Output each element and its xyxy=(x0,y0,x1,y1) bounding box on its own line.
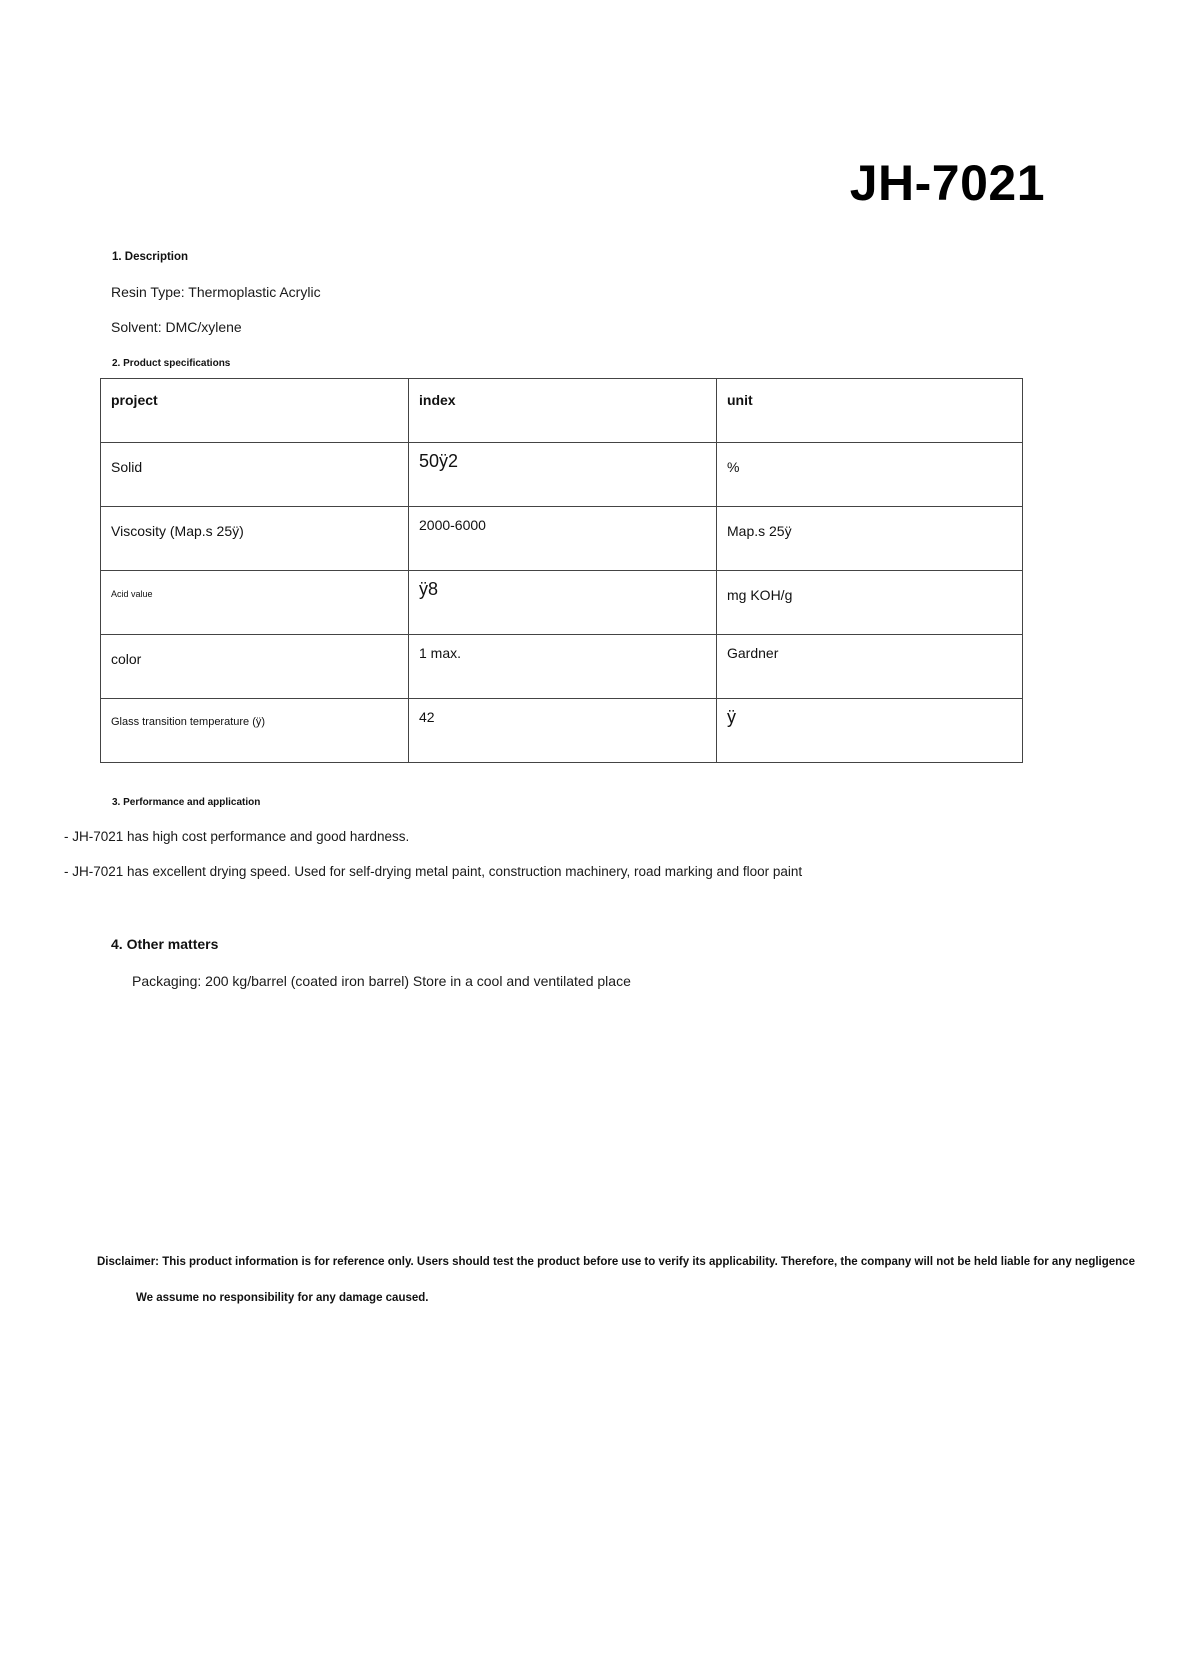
cell-unit: Map.s 25ÿ xyxy=(717,507,1023,571)
resin-type-text: Resin Type: Thermoplastic Acrylic xyxy=(111,284,321,300)
section-heading-specifications: 2. Product specifications xyxy=(112,358,230,369)
cell-project: color xyxy=(101,635,409,699)
performance-item: - JH-7021 has high cost performance and … xyxy=(64,829,409,844)
cell-index: 2000-6000 xyxy=(409,507,717,571)
cell-project: Acid value xyxy=(101,571,409,635)
cell-unit: ÿ xyxy=(717,699,1023,763)
packaging-text: Packaging: 200 kg/barrel (coated iron ba… xyxy=(132,973,631,989)
cell-index: 42 xyxy=(409,699,717,763)
document-title: JH-7021 xyxy=(850,158,1045,208)
table-row: Glass transition temperature (ÿ) 42 ÿ xyxy=(101,699,1023,763)
cell-index: 50ÿ2 xyxy=(409,443,717,507)
cell-index: 1 max. xyxy=(409,635,717,699)
column-header-unit: unit xyxy=(717,379,1023,443)
solvent-text: Solvent: DMC/xylene xyxy=(111,319,242,335)
cell-unit: mg KOH/g xyxy=(717,571,1023,635)
performance-item: - JH-7021 has excellent drying speed. Us… xyxy=(64,864,802,879)
table-row: Viscosity (Map.s 25ÿ) 2000-6000 Map.s 25… xyxy=(101,507,1023,571)
section-heading-other-matters: 4. Other matters xyxy=(111,936,218,952)
table-row: Solid 50ÿ2 % xyxy=(101,443,1023,507)
table-header-row: project index unit xyxy=(101,379,1023,443)
table-row: color 1 max. Gardner xyxy=(101,635,1023,699)
disclaimer-line-1: Disclaimer: This product information is … xyxy=(97,1256,1135,1268)
cell-project: Viscosity (Map.s 25ÿ) xyxy=(101,507,409,571)
cell-index: ÿ8 xyxy=(409,571,717,635)
section-heading-performance: 3. Performance and application xyxy=(112,797,260,808)
table-row: Acid value ÿ8 mg KOH/g xyxy=(101,571,1023,635)
column-header-index: index xyxy=(409,379,717,443)
cell-project: Glass transition temperature (ÿ) xyxy=(101,699,409,763)
cell-unit: Gardner xyxy=(717,635,1023,699)
section-heading-description: 1. Description xyxy=(112,251,188,263)
spec-table: project index unit Solid 50ÿ2 % Viscosit… xyxy=(100,378,1023,763)
column-header-project: project xyxy=(101,379,409,443)
cell-project: Solid xyxy=(101,443,409,507)
cell-unit: % xyxy=(717,443,1023,507)
disclaimer-line-2: We assume no responsibility for any dama… xyxy=(136,1292,429,1304)
